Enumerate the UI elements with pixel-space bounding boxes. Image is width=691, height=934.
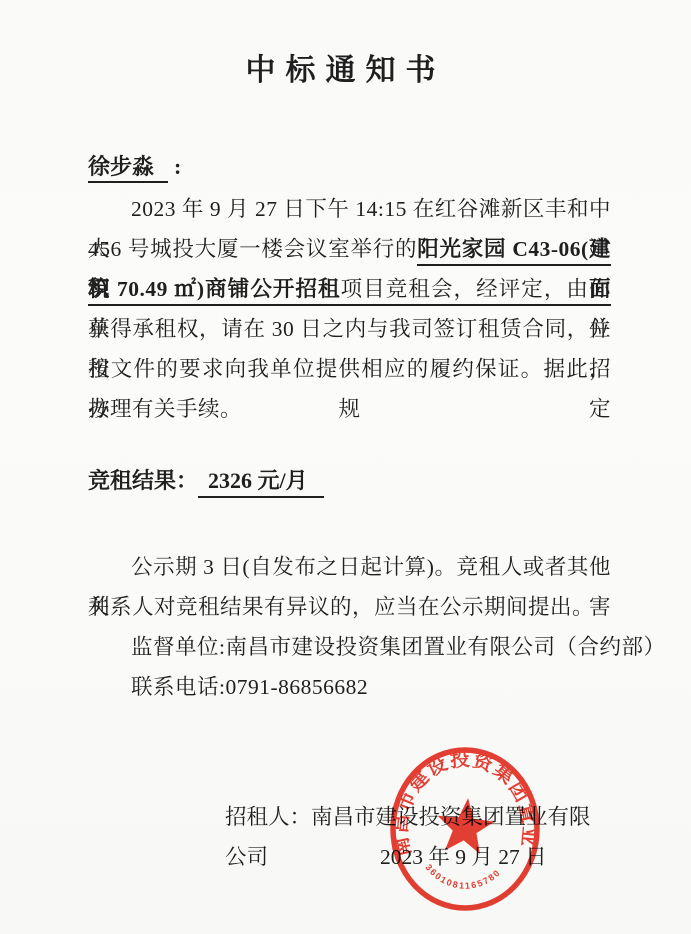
doc-line: 456 号城投大厦一楼会议室举行的阳光家园 C43-06(建筑面: [88, 229, 611, 269]
text-segment: 456 号城投大厦一楼会议室举行的: [88, 237, 417, 261]
document-title: 中标通知书: [80, 50, 611, 92]
doc-line: 租文件的要求向我单位提供相应的履约保证。据此，按规定: [88, 349, 611, 389]
doc-line: 关系人对竞租结果有异议的，应当在公示期间提出。: [88, 587, 611, 627]
document-page: 中标通知书 徐步淼: 2023 年 9 月 27 日下午 14:15 在红谷滩新…: [0, 0, 691, 934]
bid-result-line: 竞租结果：2326 元/月: [88, 461, 611, 501]
doc-line: 监督单位:南昌市建设投资集团置业有限公司（合约部）: [88, 627, 611, 667]
notice-paragraph: 公示期 3 日(自发布之日起计算)。竞租人或者其他利害关系人对竞租结果有异议的，…: [88, 547, 611, 707]
text-segment: 关系人对竞租结果有异议的，应当在公示期间提出。: [88, 595, 594, 619]
lessor-label: 招租人：: [225, 805, 311, 829]
doc-line: 积 70.49 ㎡)商铺公开招租项目竞租会，经评定，由你单位: [88, 269, 611, 309]
company-seal-stamp: 南昌市建设投资集团置业有限公司 3601081165780: [388, 744, 544, 920]
text-segment: 监督单位:南昌市建设投资集团置业有限公司（合约部）: [131, 635, 665, 659]
recipient-line: 徐步淼:: [88, 147, 611, 187]
text-segment: 办理有关手续。: [88, 397, 242, 421]
recipient-colon: :: [168, 154, 181, 179]
doc-line: 联系电话:0791-86856682: [88, 667, 611, 707]
svg-text:3601081165780: 3601081165780: [423, 862, 503, 891]
bid-result-label: 竞租结果：: [88, 468, 198, 493]
bid-result-value: 2326 元/月: [198, 468, 324, 498]
star-icon: [434, 795, 496, 855]
doc-line: 获得承租权，请在 30 日之内与我司签订租赁合同，并按招: [88, 309, 611, 349]
main-paragraph: 2023 年 9 月 27 日下午 14:15 在红谷滩新区丰和中大道456 号…: [88, 189, 611, 429]
doc-line: 2023 年 9 月 27 日下午 14:15 在红谷滩新区丰和中大道: [88, 189, 611, 229]
seal-arc-text: 南昌市建设投资集团置业有限公司: [388, 744, 541, 859]
svg-text:南昌市建设投资集团置业有限公司: 南昌市建设投资集团置业有限公司: [388, 744, 541, 859]
text-segment: 联系电话:0791-86856682: [131, 675, 368, 699]
text-segment: 积 70.49 ㎡)商铺公开招租: [88, 277, 341, 306]
recipient-name: 徐步淼: [88, 154, 168, 183]
seal-code-digits: 3601081165780: [423, 862, 503, 891]
doc-line: 公示期 3 日(自发布之日起计算)。竞租人或者其他利害: [88, 547, 611, 587]
